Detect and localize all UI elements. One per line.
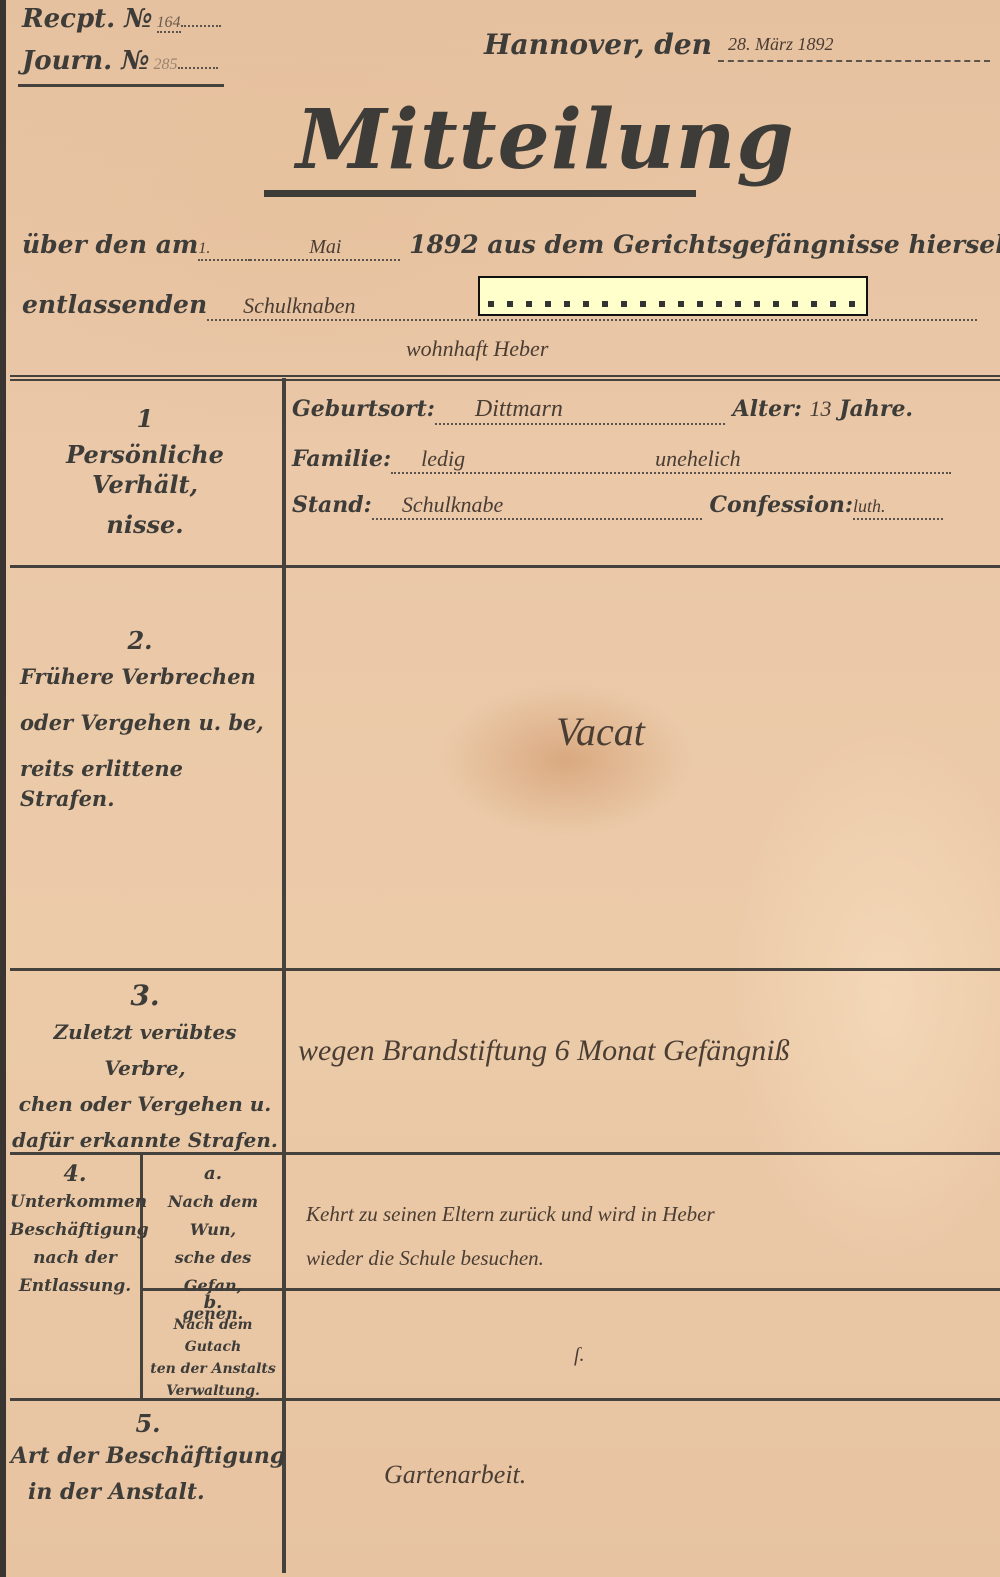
alter-unit: Jahre. <box>839 396 913 422</box>
section-5-value: Gartenarbeit. <box>384 1460 526 1490</box>
date-value: 28. März 1892 <box>728 34 834 54</box>
table-column-divider <box>282 378 286 1573</box>
section-4a-value-line: wieder die Schule besuchen. <box>306 1236 715 1280</box>
section-4-label-line: Unterkommen <box>10 1188 140 1216</box>
stand-row: Stand:Schulknabe Confession:luth. <box>292 492 992 520</box>
section-3-value: wegen Brandstiftung 6 Monat Gefängniß <box>298 1034 790 1068</box>
familie-field: ledigunehelich <box>391 446 951 474</box>
section-4a-label-line: Nach dem Wun, <box>144 1188 282 1244</box>
stand-field: Schulknabe <box>372 492 702 520</box>
recpt-value: 164 <box>157 14 181 33</box>
month-value: Mai <box>309 236 341 258</box>
redaction-box <box>478 276 868 316</box>
section-3-label-line: Zuletzt verübtes Verbre, <box>10 1014 280 1086</box>
stand-value: Schulknabe <box>402 492 503 517</box>
section-4b-label: b. Nach dem Gutach ten der Anstalts Verw… <box>144 1292 282 1402</box>
section-4b-label-line: ten der Anstalts <box>144 1358 282 1380</box>
section-2-value: Vacat <box>556 708 645 755</box>
geburtsort-label: Geburtsort: <box>292 396 435 422</box>
alter-value: 13 <box>810 396 832 421</box>
familie-value-2: unehelich <box>655 446 741 471</box>
person-role-value: Schulknaben <box>243 293 355 318</box>
alter-label: Alter: <box>733 396 802 422</box>
section-4-label-line: Beschäftigung <box>10 1216 140 1244</box>
section-4-label: 4. Unterkommen Beschäftigung nach der En… <box>10 1160 140 1300</box>
section-4-number: 4. <box>10 1160 140 1188</box>
confession-value: luth. <box>853 496 886 516</box>
familie-label: Familie: <box>292 446 391 472</box>
familie-value: ledig <box>421 446 465 471</box>
row-divider-1 <box>10 565 1000 568</box>
redaction-pattern <box>488 301 858 307</box>
section-4-label-line: nach der <box>10 1244 140 1272</box>
section-1-number: 1 <box>10 404 280 434</box>
section-2-label: 2. Frühere Verbrechen oder Vergehen u. b… <box>10 626 280 814</box>
document-page: Recpt. №164 Journ. №285 Hannover, den 28… <box>6 0 1000 1577</box>
section-4b-value: ſ. <box>574 1344 585 1367</box>
section-2-label-line: oder Vergehen u. be, <box>20 708 280 738</box>
section-4b-label-line: Verwaltung. <box>144 1380 282 1402</box>
section-3-label-line: dafür erkannte Strafen. <box>10 1122 280 1158</box>
section-5-number: 5. <box>10 1410 286 1438</box>
section-4-label-line: Entlassung. <box>10 1272 140 1300</box>
document-title: Mitteilung <box>296 92 795 188</box>
intro-line-1: über den am1.Mai 1892 aus dem Gerichtsge… <box>22 230 1000 261</box>
section-5-label-line: in der Anstalt. <box>10 1474 286 1510</box>
confession-label: Confession: <box>709 492 853 518</box>
stand-label: Stand: <box>292 492 372 518</box>
section-3-label-line: chen oder Vergehen u. <box>10 1086 280 1122</box>
journ-number: Journ. №285 <box>22 46 218 76</box>
journ-dotted-line <box>178 67 218 69</box>
residence-value: wohnhaft Heber <box>406 336 548 362</box>
table-top-border <box>10 375 1000 381</box>
intro-prefix: über den am <box>22 230 198 259</box>
month-field: Mai <box>250 230 400 261</box>
familie-row: Familie:ledigunehelich <box>292 446 992 474</box>
journ-value: 285 <box>154 56 178 73</box>
recpt-label: Recpt. № <box>22 4 153 34</box>
section-4b-letter: b. <box>144 1292 282 1314</box>
title-underline <box>264 190 696 197</box>
geburtsort-row: Geburtsort:Dittmarn Alter: 13 Jahre. <box>292 396 992 425</box>
section-2-number: 2. <box>20 626 280 656</box>
section-4a-value: Kehrt zu seinen Eltern zurück und wird i… <box>306 1192 715 1280</box>
header-underline <box>18 84 224 87</box>
section-1-label-line: nisse. <box>10 510 280 540</box>
journ-label: Journ. № <box>22 46 150 76</box>
row-divider-2 <box>10 968 1000 971</box>
section-4b-label-line: Nach dem Gutach <box>144 1314 282 1358</box>
recpt-number: Recpt. №164 <box>22 4 221 34</box>
date-field: 28. März 1892 <box>718 34 990 62</box>
geburtsort-value: Dittmarn <box>475 396 563 422</box>
section-3-label: 3. Zuletzt verübtes Verbre, chen oder Ve… <box>10 978 280 1158</box>
place-label: Hannover, den <box>484 28 712 61</box>
entlassenden-label: entlassenden <box>22 290 207 319</box>
section-2-label-line: reits erlittene Strafen. <box>20 754 280 814</box>
section-5-label: 5. Art der Beschäftigung in der Anstalt. <box>10 1410 286 1510</box>
section-4a-value-line: Kehrt zu seinen Eltern zurück und wird i… <box>306 1192 715 1236</box>
recpt-dotted-line <box>181 25 221 27</box>
section-4a-letter: a. <box>144 1160 282 1188</box>
geburtsort-field: Dittmarn <box>435 396 725 425</box>
section-1-label: 1 Persönliche Verhält, nisse. <box>10 404 280 540</box>
section-3-number: 3. <box>10 978 280 1014</box>
section-2-label-line: Frühere Verbrechen <box>20 662 280 692</box>
year-value: 1892 <box>409 230 479 259</box>
section-1-label-line: Persönliche Verhält, <box>10 440 280 500</box>
intro-suffix: aus dem Gerichtsgefängnisse hierselbst z… <box>487 230 1000 259</box>
day-field: 1. <box>198 230 250 261</box>
day-value: 1. <box>198 240 210 257</box>
confession-field: luth. <box>853 492 943 520</box>
section-5-label-line: Art der Beschäftigung <box>10 1438 286 1474</box>
